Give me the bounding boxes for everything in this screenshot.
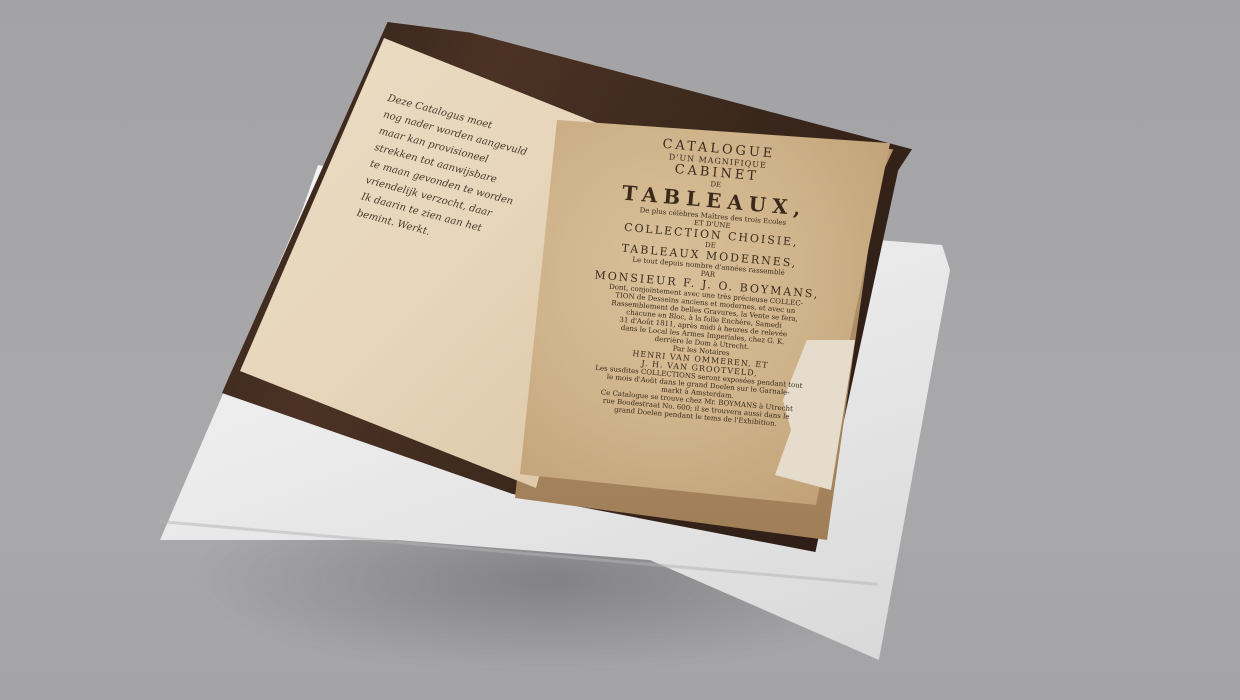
photo-scene: Deze Catalogus moet nog nader worden aan… (0, 0, 1240, 700)
printed-title-text: CATALOGUED'UN MAGNIFIQUECABINETDETABLEAU… (561, 130, 854, 432)
